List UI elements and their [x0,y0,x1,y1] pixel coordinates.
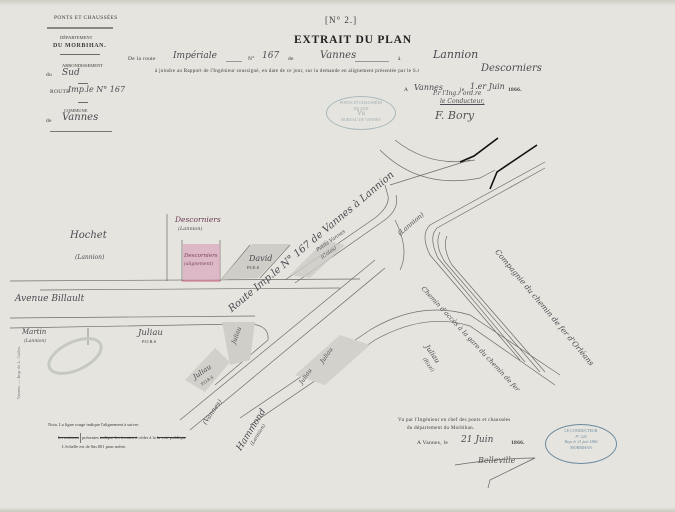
signature-flourish [0,0,675,512]
plan-document: PONTS ET CHAUSSÉES DÉPARTEMENT DU MORBIH… [0,0,675,512]
